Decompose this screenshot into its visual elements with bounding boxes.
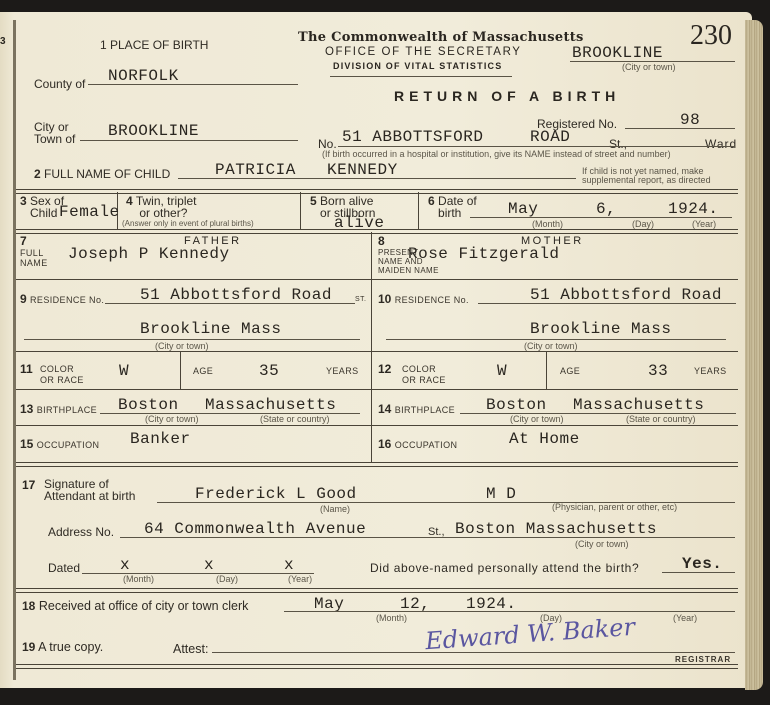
father-age-value: 35 <box>259 362 279 380</box>
dated-label: Dated <box>48 561 80 575</box>
child-last-name: KENNEDY <box>327 161 398 179</box>
dob-month-caption: (Month) <box>532 219 563 229</box>
dated-day-caption: (Day) <box>216 574 238 584</box>
address-city: Boston Massachusetts <box>455 520 657 538</box>
father-num: 7 <box>20 234 27 248</box>
father-color-num: 11 <box>20 362 33 376</box>
rule-row-13 <box>16 389 738 390</box>
county-underline <box>88 84 298 85</box>
mother-bp-city-caption: (City or town) <box>510 414 564 424</box>
father-birthplace-label: 13 BIRTHPLACE <box>20 402 97 416</box>
father-occupation-value: Banker <box>130 430 191 448</box>
father-occupation-label: 15 OCCUPATION <box>20 437 99 451</box>
mother-residence-label: 10 RESIDENCE No. <box>378 292 469 306</box>
attend-answer: Yes. <box>682 555 722 573</box>
registrar-label: REGISTRAR <box>675 655 731 664</box>
mother-city-underline <box>386 339 726 340</box>
rule-row-11 <box>16 351 738 352</box>
registered-number: 98 <box>680 111 700 129</box>
mother-occupation-label: 16 OCCUPATION <box>378 437 457 451</box>
rule-row-17 <box>16 462 738 467</box>
dob-year-caption: (Year) <box>692 219 716 229</box>
father-name: Joseph P Kennedy <box>68 245 230 263</box>
sex-label: 3 Sex of Child <box>20 195 64 219</box>
divider-father-mother <box>371 232 372 463</box>
mother-color-num: 12 <box>378 362 391 376</box>
street-suffix-value: ROAD <box>530 128 570 146</box>
divider-4-5 <box>300 192 301 230</box>
address-value: 64 Commonwealth Avenue <box>144 520 366 538</box>
rule-row-3 <box>16 189 738 194</box>
father-bp-state-caption: (State or country) <box>260 414 330 424</box>
father-age-label: AGE <box>193 366 213 376</box>
ward-label: Ward <box>705 137 737 151</box>
attendant-num: 17 <box>22 478 35 492</box>
mother-name: Rose Fitzgerald <box>408 245 560 263</box>
father-city-value: Brookline Mass <box>140 320 281 338</box>
dated-month-caption: (Month) <box>123 574 154 584</box>
dated-underline <box>82 573 314 574</box>
mother-birthplace-state: Massachusetts <box>573 396 704 414</box>
dated-year: x <box>284 556 294 574</box>
form-title: RETURN OF A BIRTH <box>394 88 620 104</box>
father-color-value: W <box>119 362 129 380</box>
attend-question: Did above-named personally attend the bi… <box>370 561 639 575</box>
father-bp-city-caption: (City or town) <box>145 414 199 424</box>
attendant-role-caption: (Physician, parent or other, etc) <box>552 502 677 512</box>
father-city-caption: (City or town) <box>155 341 209 351</box>
city-header-caption: (City or town) <box>622 62 676 72</box>
divider-father-color-age <box>180 352 181 389</box>
mother-residence-underline <box>478 303 736 304</box>
father-birthplace-city: Boston <box>118 396 179 414</box>
father-city-underline <box>24 339 360 340</box>
divider-mother-color-age <box>546 352 547 389</box>
mother-birthplace-city: Boston <box>486 396 547 414</box>
mother-age-label: AGE <box>560 366 580 376</box>
true-copy-label: 19 A true copy. <box>22 640 103 654</box>
attendant-label: Signature ofAttendant at birth <box>44 478 135 502</box>
section-place-of-birth: 1 PLACE OF BIRTH <box>100 38 208 52</box>
mother-color-label: COLOROR RACE <box>402 364 446 386</box>
received-label: 18 Received at office of city or town cl… <box>22 599 248 613</box>
rule-row-9 <box>16 279 738 280</box>
street-underline <box>338 146 735 147</box>
mother-birthplace-label: 14 BIRTHPLACE <box>378 402 455 416</box>
header-rule <box>330 76 512 77</box>
father-residence-value: 51 Abbottsford Road <box>140 286 332 304</box>
received-underline <box>284 611 735 612</box>
mother-residence-value: 51 Abbottsford Road <box>530 286 722 304</box>
registered-underline <box>625 128 735 129</box>
dated-year-caption: (Year) <box>288 574 312 584</box>
hospital-hint: (If birth occurred in a hospital or inst… <box>322 149 671 159</box>
attendant-name: Frederick L Good <box>195 485 357 503</box>
attendant-title: M D <box>486 485 516 503</box>
dated-day: x <box>204 556 214 574</box>
county-value: NORFOLK <box>108 67 179 85</box>
father-color-label: COLOROR RACE <box>40 364 84 386</box>
father-name-label: FULLNAME <box>20 248 48 268</box>
address-city-caption: (City or town) <box>575 539 629 549</box>
attendant-name-caption: (Name) <box>320 504 350 514</box>
father-residence-underline <box>105 303 355 304</box>
attest-label: Attest: <box>173 642 208 656</box>
rule-bottom <box>16 664 738 669</box>
dob-label: 6 Date of birth <box>428 195 477 219</box>
mother-color-value: W <box>497 362 507 380</box>
address-label: Address No. <box>48 525 114 539</box>
ledger-page-edges <box>745 20 763 690</box>
mother-years-label: YEARS <box>694 366 727 376</box>
office-title: OFFICE OF THE SECRETARY <box>325 46 522 58</box>
twin-hint: (Answer only in event of plural births) <box>122 219 254 228</box>
received-month-caption: (Month) <box>376 613 407 623</box>
father-birthplace-state: Massachusetts <box>205 396 336 414</box>
sex-value: Female <box>59 203 120 221</box>
child-name-label: 2 FULL NAME OF CHILD <box>34 167 170 181</box>
city-underline <box>80 140 298 141</box>
rule-row-15 <box>16 425 738 426</box>
street-value: 51 ABBOTTSFORD <box>342 128 483 146</box>
twin-label: 4 Twin, triplet or other? <box>126 195 197 219</box>
birth-record-page <box>0 12 752 688</box>
division-title: DIVISION OF VITAL STATISTICS <box>333 61 502 71</box>
city-label: City orTown of <box>34 121 75 145</box>
father-st-label: ST. <box>355 296 366 303</box>
child-name-underline <box>178 178 576 179</box>
received-year-caption: (Year) <box>673 613 697 623</box>
mother-bp-state-caption: (State or country) <box>626 414 696 424</box>
address-underline <box>120 537 735 538</box>
dated-month: x <box>120 556 130 574</box>
divider-5-6 <box>418 192 419 230</box>
ledger-binding-line <box>13 20 16 680</box>
certificate-number: 230 <box>690 20 732 52</box>
dob-year: 1924. <box>668 200 719 218</box>
mother-occupation-value: At Home <box>509 430 580 448</box>
mother-city-value: Brookline Mass <box>530 320 671 338</box>
mother-num: 8 <box>378 234 385 248</box>
state-title: The Commonwealth of Massachusetts <box>298 30 584 45</box>
margin-mark: 3 <box>0 36 6 47</box>
father-residence-label: 9 RESIDENCE No. <box>20 292 104 306</box>
attend-underline <box>662 572 735 573</box>
dob-day: 6, <box>596 200 616 218</box>
city-value: BROOKLINE <box>108 122 199 140</box>
dob-month: May <box>508 200 538 218</box>
city-header-value: BROOKLINE <box>572 44 663 62</box>
dob-day-caption: (Day) <box>632 219 654 229</box>
rule-row-18 <box>16 588 738 593</box>
alive-value: alive <box>334 214 385 232</box>
child-first-name: PATRICIA <box>215 161 296 179</box>
father-years-label: YEARS <box>326 366 359 376</box>
child-name-hint: If child is not yet named, makesupplemen… <box>582 167 711 185</box>
attest-underline <box>212 652 735 653</box>
mother-city-caption: (City or town) <box>524 341 578 351</box>
county-label: County of <box>34 77 85 91</box>
mother-age-value: 33 <box>648 362 668 380</box>
dob-underline <box>470 217 732 218</box>
